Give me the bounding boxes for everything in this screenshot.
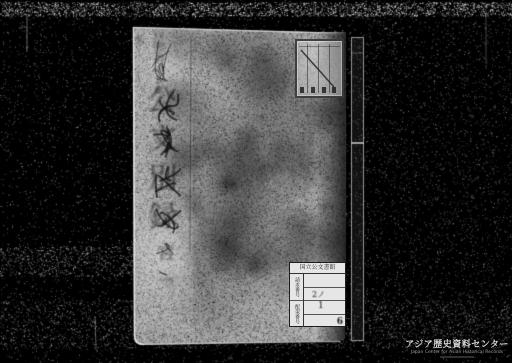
watermark-english-line: Japan Center for Asian Historical Record…: [404, 350, 510, 355]
archive-label-row: 2ノ: [304, 288, 345, 302]
title-main-char: 録: [148, 201, 179, 232]
stamp-mark: [300, 87, 304, 93]
archive-label-row-label: 配架番号: [290, 301, 303, 327]
archive-label-value: 1: [318, 301, 324, 311]
archive-label-row: 1: [304, 301, 345, 315]
archive-label-row-label: 請求番号: [290, 274, 303, 301]
title-main-char: 公: [147, 85, 177, 115]
watermark-fine-print-bar: [440, 356, 474, 358]
archive-label-value: 2ノ: [312, 289, 325, 300]
cover-title-column: 至 自明治十五年 公 文 別 録 宮 一: [134, 28, 196, 299]
title-lower-char: 一: [158, 274, 173, 289]
stamp-diagonal-line: [297, 41, 338, 92]
archive-label-row: [304, 274, 345, 288]
scan-noise-canvas: [0, 0, 512, 363]
scanned-book-cover-photo: 至 自明治十五年 公 文 別 録 宮 一 国立公文書館 請求番号 配架番号: [0, 0, 512, 363]
watermark-japanese-line: アジア歴史資料センター: [404, 340, 510, 350]
archive-label-corner-value: 6: [337, 317, 343, 327]
archive-label-header: 国立公文書館: [290, 263, 345, 274]
title-small-char-left: 至: [134, 36, 144, 46]
title-lower-char: 宮: [157, 246, 174, 263]
archive-label-row: 6: [304, 315, 345, 328]
archive-call-number-label: 国立公文書館 請求番号 配架番号 2ノ 1 6: [289, 262, 346, 327]
stamp-mark: [322, 87, 326, 93]
stamp-mark: [332, 87, 336, 93]
jacar-watermark: アジア歴史資料センター Japan Center for Asian Histo…: [404, 340, 510, 362]
stamp-mark: [311, 87, 315, 93]
title-main-char: 文: [147, 123, 177, 153]
title-main-char: 別: [148, 164, 178, 194]
classification-stamp: [295, 39, 344, 98]
